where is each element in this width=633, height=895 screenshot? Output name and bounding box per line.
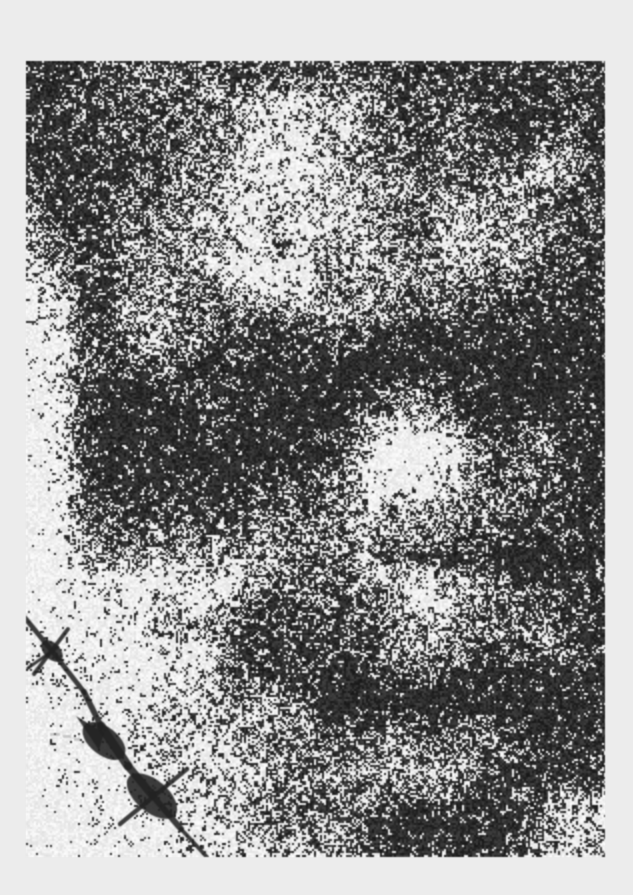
grain-photo-canvas: [26, 61, 605, 857]
page-background: [0, 0, 633, 895]
noise-photo: [26, 61, 605, 857]
